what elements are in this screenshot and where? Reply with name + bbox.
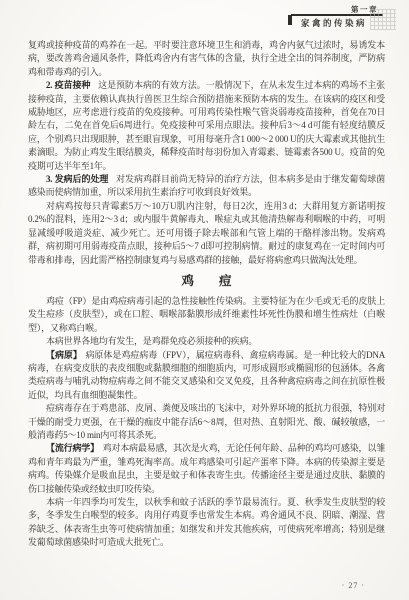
paragraph-continuation: 复鸡或接种疫苗的鸡养在一起。平时要注意环境卫生和消毒，鸡舍内氨气过浓时，易诱发本… bbox=[28, 39, 385, 79]
etiology-run-in-heading: 【病原】 bbox=[46, 350, 82, 360]
aftercare-run-in-heading: 3. 发病后的处理 bbox=[46, 174, 108, 184]
paragraph-occurrence: 本病世界各地均有发生，是鸡群免疫必须接种的疾病。 bbox=[28, 335, 385, 348]
paragraph-vaccination: 2. 疫苗接种这是预防本病的有效方法。一般情况下，在从未发生过本病的鸡场不主张接… bbox=[28, 79, 385, 173]
epidemiology-run-in-heading: 【流行病学】 bbox=[46, 443, 99, 453]
vaccination-run-in-heading: 2. 疫苗接种 bbox=[46, 80, 90, 90]
header-grid-decoration bbox=[370, 9, 396, 30]
header-tick-mark bbox=[288, 15, 292, 25]
paragraph-seasonality: 本病一年四季均可发生，以秋季和蚊子活跃的季节最易流行。夏、秋季发生皮肤型的较多，… bbox=[28, 496, 385, 550]
section-title-fowl-pox: 鸡 痘 bbox=[28, 274, 385, 289]
header-section-title: 家禽的传染病 bbox=[301, 17, 367, 29]
paragraph-etiology: 【病原】病原体是鸡痘病毒（FPV），属痘病毒科、禽痘病毒属。是一种比较大的DNA… bbox=[28, 349, 385, 403]
page-content: 复鸡或接种疫苗的鸡养在一起。平时要注意环境卫生和消毒，鸡舍内氨气过浓时，易诱发本… bbox=[28, 39, 385, 550]
paragraph-aftercare: 3. 发病后的处理对发病鸡群目前尚无特异的治疗方法，但本病多是由于继发葡萄球菌感… bbox=[28, 173, 385, 200]
vaccination-text: 这是预防本病的有效方法。一般情况下，在从未发生过本病的鸡场不主张接种疫苗，主要依… bbox=[28, 80, 385, 170]
paragraph-treatment: 对病鸡按每只青霉素5万～10万U肌内注射，每日2次，连用3 d；大群用复方新诺明… bbox=[28, 200, 385, 267]
paragraph-fowlpox-intro: 鸡痘（FP）是由鸡痘病毒引起的急性接触性传染病。主要特征为在少毛或无毛的皮肤上发… bbox=[28, 295, 385, 335]
book-page: 第一章 家禽的传染病 复鸡或接种疫苗的鸡养在一起。平时要注意环境卫生和消毒，鸡舍… bbox=[0, 0, 409, 600]
paragraph-epidemiology: 【流行病学】鸡对本病最易感，其次是火鸡，无论任何年龄、品种的鸡均可感染，以雏鸡和… bbox=[28, 442, 385, 496]
paragraph-virus-resistance: 痘病毒存在于鸡患部、皮屑、粪便及咳出的飞沫中，对外界环境的抵抗力很强，特别对干燥… bbox=[28, 402, 385, 442]
page-number: · 27 · bbox=[342, 581, 365, 590]
